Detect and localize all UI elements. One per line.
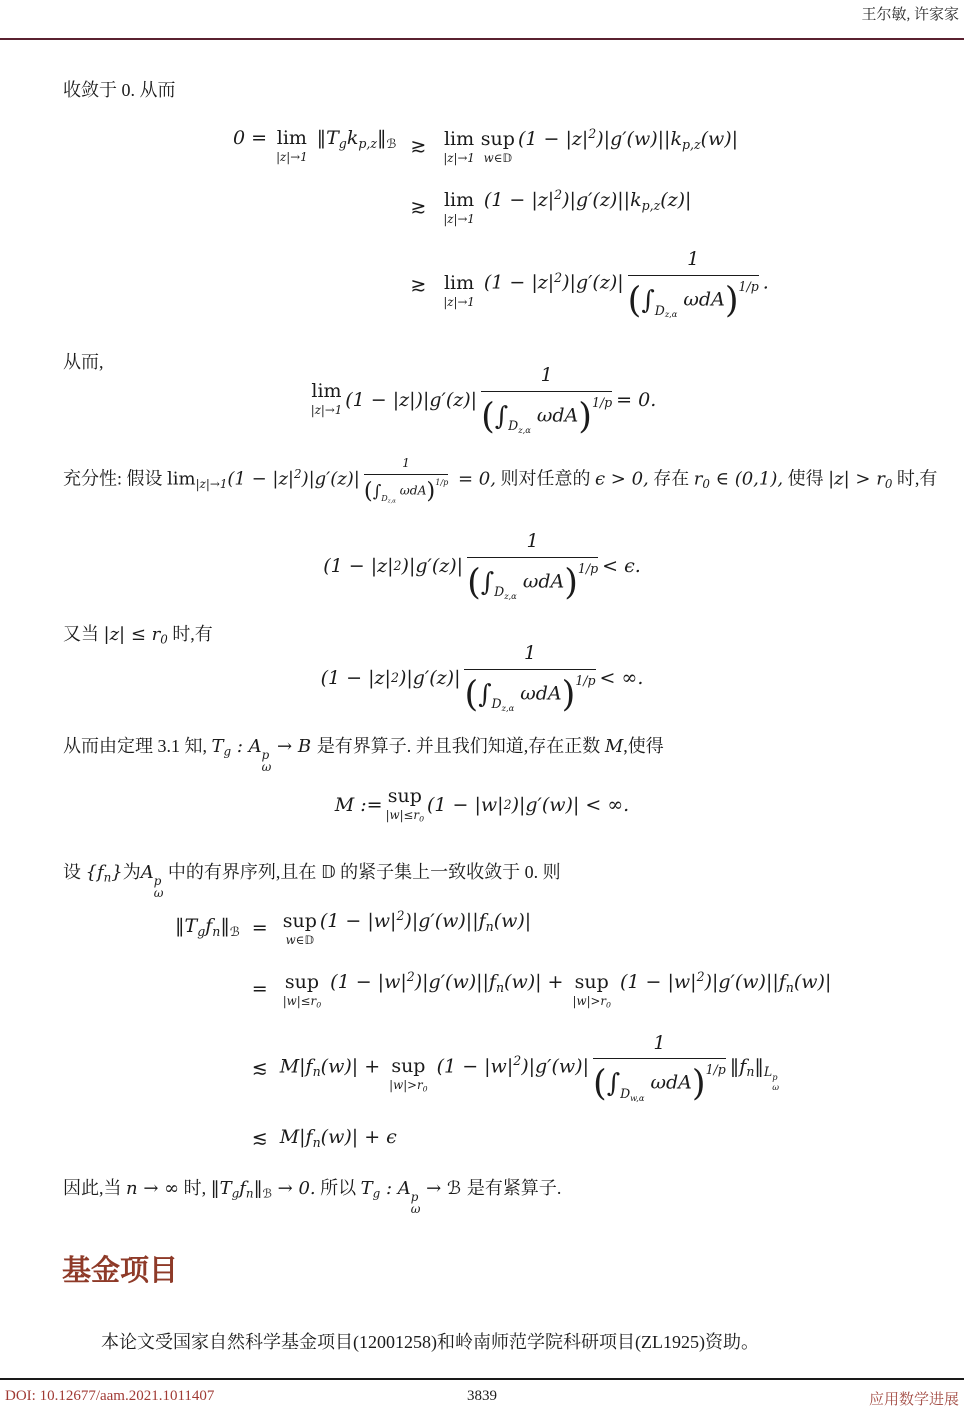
funding-paragraph: 本论文受国家自然科学基金项目(12001258)和岭南师范学院科研项目(ZL19… xyxy=(63,1326,960,1359)
math-token: z,α xyxy=(388,498,396,504)
math-subscript: Dz,α xyxy=(508,419,531,433)
math-token: |z|→1 xyxy=(443,151,474,165)
fraction-numerator: 1 xyxy=(464,642,595,670)
math-token: )|g′(w)| < ∞. xyxy=(512,794,630,816)
math-token: |z|→1 xyxy=(311,403,342,417)
math-token: |z|→1 xyxy=(443,295,474,309)
math-token: T xyxy=(361,1178,373,1199)
math-token: ‖f xyxy=(730,1055,747,1077)
intg-glyph: ∫ xyxy=(495,401,508,431)
text-run: 本论文受国家自然科学基金项目(12001258)和岭南师范学院科研项目(ZL19… xyxy=(101,1332,759,1352)
operator-name: lim xyxy=(311,382,341,402)
paragraph-sufficiency: 充分性: 假设 lim|z|→1(1 − |z|2)|g′(z)|1(∫Dz,α… xyxy=(63,456,960,505)
big-delimiter: ) xyxy=(562,674,576,715)
math-subscript: g xyxy=(339,137,347,151)
math-token: w∈𝔻 xyxy=(484,151,512,165)
math-superscript: 2 xyxy=(294,467,302,481)
text-run: 存在 xyxy=(649,469,694,489)
equation-M-definition: M := sup|w|≤r0 (1 − |w|2)|g′(w)| < ∞. xyxy=(0,782,964,828)
math-superscript: 2 xyxy=(697,970,705,984)
math-token: (w)| xyxy=(494,910,532,932)
fraction-denominator: (∫Dz,α ωdA)1/p xyxy=(628,276,759,321)
math-token: ωdA xyxy=(514,682,561,704)
fraction-denominator: (∫Dz,α ωdA)1/p xyxy=(481,392,612,437)
stack-subscript: ω xyxy=(411,1203,421,1215)
equation-block-2: ‖Tgfn‖ℬ = supw∈𝔻(1 − |w|2)|g′(w)||fn(w)|… xyxy=(175,908,831,1151)
math-supsub-stack: pω xyxy=(772,1073,779,1092)
math-token: ‖ xyxy=(254,1178,263,1199)
math-subscript: z,α xyxy=(504,592,517,601)
math-fraction: 1(∫Dz,α ωdA)1/p xyxy=(364,456,448,505)
math-limit-operator: lim|z|→1 xyxy=(443,191,474,226)
math-token: . xyxy=(763,272,769,294)
math-token: 2 xyxy=(697,969,705,984)
math-token: n → ∞ xyxy=(126,1178,179,1199)
math-token: 2 xyxy=(407,969,415,984)
math-token: w,α xyxy=(630,1093,644,1103)
math-token: ωdA xyxy=(644,1072,691,1094)
math-token: 2 xyxy=(513,1053,521,1068)
math-token: )|g′(w)||f xyxy=(404,910,485,932)
math-subscript: w,α xyxy=(630,1094,644,1103)
math-token: ωdA xyxy=(531,404,578,426)
math-token: (1 − |z| xyxy=(321,667,391,689)
math-token: M|f xyxy=(280,1126,313,1148)
text-run: 则对任意的 xyxy=(496,469,595,489)
math-token: )|g′(w)||f xyxy=(705,971,786,993)
math-token: k xyxy=(347,127,359,149)
math-token: 1 xyxy=(541,364,553,386)
fraction-denominator: (∫Dz,α ωdA)1/p xyxy=(467,558,598,603)
math-token: = 0, xyxy=(452,469,496,490)
math-token: |w|≤r xyxy=(283,994,316,1008)
math-token: (1 − |z| xyxy=(227,469,294,490)
operator-underscript: |z|→1 xyxy=(276,151,307,164)
intg-glyph: ∫ xyxy=(607,1069,620,1099)
big-delimiter: ( xyxy=(628,280,642,321)
math-token: (w)| xyxy=(794,971,832,993)
big-delimiter: ( xyxy=(464,674,478,715)
math-token: g xyxy=(339,136,347,151)
text-run: 是有界算子. 并且我们知道,存在正数 xyxy=(317,736,605,756)
operator-underscript: |z|→1 xyxy=(311,404,342,417)
math-token: 0 xyxy=(606,1000,611,1009)
math-token: A xyxy=(141,862,154,883)
math-token: n xyxy=(786,980,794,995)
math-token: L xyxy=(764,1064,772,1079)
math-token: ℬ xyxy=(386,136,396,151)
text-run: 中的有界序列,且在 xyxy=(163,862,321,882)
text-run: 是有紧算子. xyxy=(467,1178,562,1198)
text-run: 从而由定理 3.1 知, xyxy=(63,736,212,756)
math-subscript: 0 xyxy=(316,1000,321,1009)
math-token: (1 − |w| xyxy=(324,971,407,993)
math-token: lim xyxy=(167,469,196,490)
big-delimiter: ( xyxy=(481,396,495,437)
math-subscript: z,α xyxy=(388,498,396,504)
math-token: ω xyxy=(262,760,272,774)
math-subscript: z,α xyxy=(502,704,515,713)
math-subscript: 0 xyxy=(423,1084,428,1093)
math-limit-operator: lim|z|→1 xyxy=(443,274,474,309)
intg-glyph: ∫ xyxy=(373,482,382,501)
math-subscript: p,z xyxy=(682,138,701,152)
math-token: (w)| + xyxy=(321,1055,387,1077)
math-token: → B xyxy=(271,736,316,757)
math-subscript: g xyxy=(224,745,232,759)
math-token: )|g′(z)| xyxy=(402,555,464,577)
math-token: 0 = xyxy=(233,127,273,149)
math-token: (1 − |z|)|g′(z)| xyxy=(345,389,477,411)
math-token: M|f xyxy=(280,1055,313,1077)
math-fraction: 1(∫Dz,α ωdA)1/p xyxy=(628,248,759,320)
fraction-numerator: 1 xyxy=(628,248,759,276)
math-subscript: |z|→1 xyxy=(196,477,228,491)
text-run: 因此,当 xyxy=(63,1178,126,1198)
math-token: w∈𝔻 xyxy=(286,933,314,947)
big-delimiter: ( xyxy=(467,562,481,603)
math-subscript: z,α xyxy=(518,426,531,435)
math-limit-operator: sup|w|>r0 xyxy=(389,1057,427,1093)
math-token: ‖T xyxy=(175,915,197,937)
operator-name: sup xyxy=(283,912,317,932)
math-superscript: 1/p xyxy=(739,280,759,294)
math-token: )|g′(z)| xyxy=(399,667,461,689)
text-run: 所以 xyxy=(316,1178,361,1198)
math-superscript: 2 xyxy=(504,797,512,813)
math-subscript: Dz,α xyxy=(381,494,396,503)
math-superscript: 2 xyxy=(513,1054,521,1068)
equation-lhs: ‖Tgfn‖ℬ xyxy=(175,915,240,940)
math-limit-operator: supw∈𝔻 xyxy=(283,912,317,947)
math-subscript: p,z xyxy=(642,199,661,213)
math-token: p xyxy=(772,1072,777,1082)
math-superscript: 1/p xyxy=(435,478,448,487)
math-subscript: z,α xyxy=(665,310,678,319)
operator-underscript: |w|≤r0 xyxy=(283,995,321,1009)
math-token: ω xyxy=(154,886,164,900)
math-token: M := xyxy=(335,794,383,816)
math-token: (1 − |z| xyxy=(518,128,588,150)
math-token: z,α xyxy=(665,309,678,319)
math-token: )|g′(z)| xyxy=(302,469,360,490)
math-token: 1/p xyxy=(578,561,598,576)
math-limit-operator: sup|w|≤r0 xyxy=(386,787,424,823)
math-subscript: Dz,α xyxy=(655,304,678,318)
equation-rhs: supw∈𝔻(1 − |w|2)|g′(w)||fn(w)| xyxy=(280,908,532,947)
math-supsub-stack: pω xyxy=(411,1191,421,1216)
big-delimiter: ) xyxy=(426,478,435,504)
operator-underscript: w∈𝔻 xyxy=(286,934,314,947)
document-page: 王尔敏, 许家家 收敛于 0. 从而 0 = lim|z|→1 ‖Tgkp,z‖… xyxy=(0,0,964,1414)
intg-glyph: ∫ xyxy=(641,286,654,316)
math-token: p,z xyxy=(682,137,701,152)
math-subscript: 0 xyxy=(419,814,424,823)
equation-rhs: lim|z|→1 (1 − |z|2)|g′(z)||kp,z(z)| xyxy=(440,187,691,226)
math-token: 0 xyxy=(316,1000,321,1009)
operator-name: sup xyxy=(575,973,609,993)
fraction-denominator: (∫Dz,α ωdA)1/p xyxy=(464,670,595,715)
math-token: (w)| xyxy=(701,128,739,150)
math-token: 1/p xyxy=(592,395,612,410)
math-token: n xyxy=(246,1187,254,1201)
equation-epsilon-bound: (1 − |z|2)|g′(z)|1(∫Dz,α ωdA)1/p < ϵ. xyxy=(0,528,964,604)
math-token: ‖T xyxy=(311,127,339,149)
math-token: 1 xyxy=(653,1032,665,1054)
operator-underscript: |z|→1 xyxy=(443,213,474,226)
math-subscript: Dz,α xyxy=(494,585,517,599)
math-subscript: n xyxy=(786,981,794,995)
paragraph-theorem-3-1: 从而由定理 3.1 知, Tg : Apω → B 是有界算子. 并且我们知道,… xyxy=(63,730,960,773)
math-token: g xyxy=(197,924,205,939)
stack-subscript: ω xyxy=(262,761,272,773)
math-token: |w|≤r xyxy=(386,808,419,822)
math-token: |z| > r xyxy=(828,469,885,490)
math-token: ω xyxy=(772,1082,779,1092)
math-subscript: Dz,α xyxy=(492,697,515,711)
big-delimiter: ) xyxy=(564,562,578,603)
math-token: (1 − |z| xyxy=(478,189,554,211)
operator-name: lim xyxy=(444,274,474,294)
math-token: 1/p xyxy=(575,673,595,688)
relation-symbol: ≳ xyxy=(402,274,434,296)
math-subscript: n xyxy=(313,1136,321,1150)
equation-block-1: 0 = lim|z|→1 ‖Tgkp,z‖ℬ ≳ lim|z|→1supw∈𝔻(… xyxy=(233,126,769,321)
math-subscript: Dw,α xyxy=(620,1087,644,1101)
paragraph-sequence-fn: 设 {fn}为Apω 中的有界序列,且在 𝔻 的紧子集上一致收敛于 0. 则 xyxy=(63,856,960,899)
math-token: M xyxy=(605,736,623,757)
math-token: 0 xyxy=(702,477,710,491)
math-token: → 0. xyxy=(272,1178,316,1199)
operator-name: sup xyxy=(388,787,422,807)
math-token: )|g′(z)||k xyxy=(562,189,641,211)
math-superscript: 2 xyxy=(554,188,562,202)
math-token: = 0. xyxy=(616,389,656,411)
math-token: 0 xyxy=(419,814,424,823)
math-token: |z|→1 xyxy=(196,477,228,491)
fraction-numerator: 1 xyxy=(593,1032,726,1060)
math-token: } xyxy=(111,862,122,883)
math-supsub-stack: pω xyxy=(262,749,272,774)
math-token: n xyxy=(486,919,494,934)
math-token: ω xyxy=(411,1202,421,1216)
math-token: < ϵ. xyxy=(602,555,641,577)
math-token: ‖ xyxy=(220,915,230,937)
relation-symbol: = xyxy=(244,917,276,939)
text-run: 设 xyxy=(63,862,86,882)
math-superscript: 2 xyxy=(391,670,399,686)
math-subscript: n xyxy=(246,1187,254,1201)
math-subscript: ℬ xyxy=(230,925,240,939)
math-token: {f xyxy=(86,862,104,883)
math-token: z,α xyxy=(504,591,517,601)
math-token: ‖ xyxy=(754,1055,764,1077)
math-fraction: 1(∫Dw,α ωdA)1/p xyxy=(593,1032,726,1104)
math-limit-operator: supw∈𝔻 xyxy=(481,130,515,165)
text-run: 充分性: 假设 xyxy=(63,469,167,489)
math-fraction: 1(∫Dz,α ωdA)1/p xyxy=(481,364,612,436)
equation-rhs: sup|w|≤r0 (1 − |w|2)|g′(w)||fn(w)| + sup… xyxy=(280,969,832,1009)
math-token: 2 xyxy=(554,187,562,202)
fraction-denominator: (∫Dz,α ωdA)1/p xyxy=(364,475,448,505)
big-delimiter: ( xyxy=(364,478,373,504)
section-heading-funding: 基金项目 xyxy=(62,1248,178,1289)
intg-glyph: ∫ xyxy=(478,679,491,709)
math-token: n xyxy=(313,1064,321,1079)
math-superscript: 2 xyxy=(554,271,562,285)
math-token: )|g′(w)||f xyxy=(415,971,496,993)
stack-subscript: ω xyxy=(772,1083,779,1093)
equation-finite-bound: (1 − |z|2)|g′(z)|1(∫Dz,α ωdA)1/p < ∞. xyxy=(0,640,964,716)
math-token: 1 xyxy=(402,456,410,470)
operator-name: sup xyxy=(391,1057,425,1077)
operator-name: sup xyxy=(481,130,515,150)
equation-rhs: M|fn(w)| + ϵ xyxy=(280,1126,397,1151)
relation-symbol: ≲ xyxy=(244,1057,276,1079)
math-token: )|g′(w)||k xyxy=(596,128,682,150)
math-limit-operator: lim|z|→1 xyxy=(311,382,342,417)
math-token: ϵ > 0, xyxy=(595,469,649,490)
math-superscript: 1/p xyxy=(575,674,595,688)
math-token: D xyxy=(494,584,504,599)
math-token: 1 xyxy=(524,642,536,664)
math-token: n xyxy=(313,1135,321,1150)
paragraph-converges: 收敛于 0. 从而 xyxy=(63,74,960,107)
math-token: : A xyxy=(231,736,262,757)
relation-symbol: ≳ xyxy=(402,196,434,218)
operator-name: sup xyxy=(285,973,319,993)
math-token: (1 − |w| xyxy=(431,1055,514,1077)
math-token: f xyxy=(239,1178,246,1199)
math-token: 2 xyxy=(504,797,512,812)
math-subscript: p,z xyxy=(358,137,377,151)
equation-rhs: lim|z|→1supw∈𝔻(1 − |z|2)|g′(w)||kp,z(w)| xyxy=(440,126,738,165)
equation-rhs: M|fn(w)| + sup|w|>r0 (1 − |w|2)|g′(w)|1(… xyxy=(280,1032,779,1104)
math-token: |z|→1 xyxy=(276,150,307,164)
operator-underscript: |w|>r0 xyxy=(573,995,611,1009)
math-token: (1 − |z| xyxy=(323,555,393,577)
math-token: |z|→1 xyxy=(443,212,474,226)
text-run: 的紧子集上一致收敛于 0. 则 xyxy=(336,862,561,882)
math-token: ∈ (0,1), xyxy=(710,469,783,490)
math-token: 1 xyxy=(527,530,539,552)
equation-lhs: 0 = lim|z|→1 ‖Tgkp,z‖ℬ xyxy=(233,127,396,164)
relation-symbol: ≲ xyxy=(244,1127,276,1149)
footer-page-number: 3839 xyxy=(5,1388,959,1405)
math-token: (w)| + xyxy=(504,971,570,993)
math-token: )|g′(w)| xyxy=(521,1055,589,1077)
math-subscript: ℬ xyxy=(386,137,396,151)
math-token: (1 − |w| xyxy=(320,910,397,932)
math-token: : A xyxy=(380,1178,411,1199)
header-rule xyxy=(0,38,964,40)
math-fraction: 1(∫Dz,α ωdA)1/p xyxy=(464,642,595,714)
operator-underscript: |z|→1 xyxy=(443,152,474,165)
math-token: ℬ xyxy=(230,924,240,939)
math-token: 1/p xyxy=(435,478,448,487)
math-limit-operator: sup|w|≤r0 xyxy=(283,973,321,1009)
math-token: 1/p xyxy=(739,279,759,294)
math-token: D xyxy=(508,418,518,433)
math-subscript: 0 xyxy=(606,1000,611,1009)
math-token: ωdA xyxy=(677,289,724,311)
operator-underscript: |w|>r0 xyxy=(389,1079,427,1093)
math-token: (z)| xyxy=(660,189,691,211)
operator-name: lim xyxy=(444,191,474,211)
math-superscript: 2 xyxy=(407,970,415,984)
math-limit-operator: lim|z|→1 xyxy=(276,129,307,164)
operator-underscript: w∈𝔻 xyxy=(484,152,512,165)
relation-symbol: = xyxy=(244,978,276,1000)
math-token: ℬ xyxy=(263,1187,272,1201)
math-token: (w)| + ϵ xyxy=(321,1126,397,1148)
math-subscript: g xyxy=(197,925,205,939)
paragraph-conclusion: 因此,当 n → ∞ 时, ‖Tgfn‖ℬ → 0. 所以 Tg : Apω →… xyxy=(63,1172,960,1215)
big-delimiter: ) xyxy=(725,280,739,321)
math-token: 2 xyxy=(294,467,302,481)
math-token: (1 − |w| xyxy=(427,794,504,816)
header-authors: 王尔敏, 许家家 xyxy=(861,3,959,24)
big-delimiter: ( xyxy=(593,1063,607,1104)
text-run: 时, xyxy=(179,1178,211,1198)
math-token: → ℬ xyxy=(420,1178,466,1199)
math-fraction: 1(∫Dz,α ωdA)1/p xyxy=(467,530,598,602)
equation-limit-zero: lim|z|→1 (1 − |z|)|g′(z)|1(∫Dz,α ωdA)1/p… xyxy=(0,362,964,438)
math-token: D xyxy=(492,696,502,711)
math-superscript: 1/p xyxy=(578,562,598,576)
math-token: p,z xyxy=(642,198,661,213)
math-token: g xyxy=(224,745,232,759)
math-token: (1 − |w| xyxy=(614,971,697,993)
text-run: ,使得 xyxy=(623,736,664,756)
text-run: 使得 xyxy=(783,469,828,489)
math-token: 1 xyxy=(687,248,699,270)
math-subscript: n xyxy=(496,981,504,995)
math-subscript: n xyxy=(313,1065,321,1079)
text-run: 为 xyxy=(123,862,141,882)
operator-underscript: |z|→1 xyxy=(443,296,474,309)
math-token: )|g′(z)| xyxy=(562,272,624,294)
operator-name: lim xyxy=(444,130,474,150)
math-token: p,z xyxy=(358,136,377,151)
math-token: n xyxy=(496,980,504,995)
stack-subscript: ω xyxy=(154,887,164,899)
equation-rhs: lim|z|→1 (1 − |z|2)|g′(z)|1(∫Dz,α ωdA)1/… xyxy=(440,248,768,320)
math-token: 𝔻 xyxy=(321,862,336,883)
math-subscript: 0 xyxy=(702,477,710,491)
math-subscript: n xyxy=(486,920,494,934)
math-token: 2 xyxy=(391,670,399,685)
math-token: z,α xyxy=(518,425,531,435)
fraction-numerator: 1 xyxy=(364,456,448,475)
math-superscript: 1/p xyxy=(592,396,612,410)
math-token: 2 xyxy=(394,558,402,573)
math-token: < ∞. xyxy=(600,667,644,689)
intg-glyph: ∫ xyxy=(481,567,494,597)
big-delimiter: ) xyxy=(692,1063,706,1104)
math-token: T xyxy=(212,736,224,757)
math-superscript: 1/p xyxy=(706,1063,726,1077)
math-token: 2 xyxy=(554,270,562,285)
text-run: 时,有 xyxy=(892,469,937,489)
operator-name: lim xyxy=(277,129,307,149)
text-run: 收敛于 0. 从而 xyxy=(63,80,176,100)
math-token: |w|>r xyxy=(389,1078,422,1092)
math-token: ωdA xyxy=(396,484,427,498)
fraction-numerator: 1 xyxy=(481,364,612,392)
math-token: (1 − |z| xyxy=(478,272,554,294)
footer-rule xyxy=(0,1378,964,1380)
